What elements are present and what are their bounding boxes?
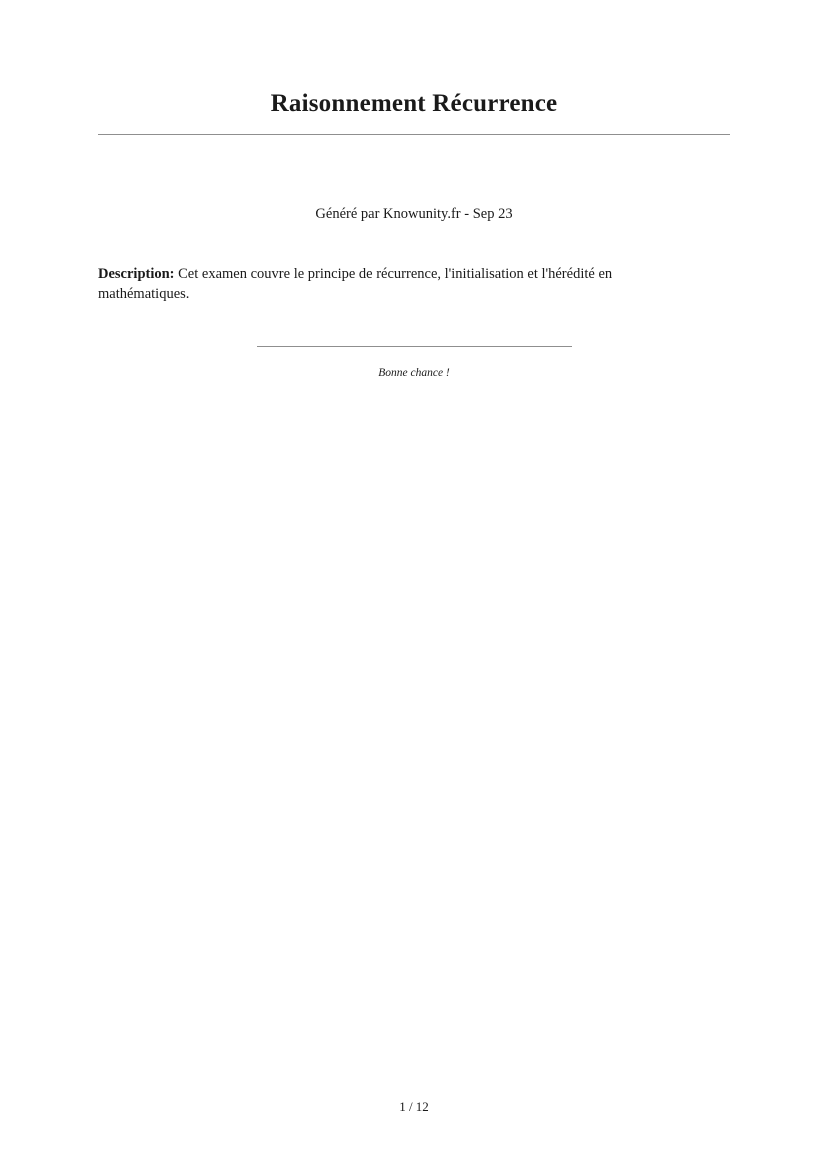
- description-paragraph: Description: Cet examen couvre le princi…: [98, 264, 698, 304]
- closing-message: Bonne chance !: [0, 367, 828, 379]
- page-number: 1 / 12: [0, 1099, 828, 1115]
- description-text: Cet examen couvre le principe de récurre…: [98, 266, 612, 302]
- description-label: Description:: [98, 266, 175, 282]
- title-divider: [98, 134, 730, 135]
- section-divider: [257, 346, 572, 347]
- generated-by-line: Généré par Knowunity.fr - Sep 23: [0, 206, 828, 223]
- document-title: Raisonnement Récurrence: [0, 90, 828, 118]
